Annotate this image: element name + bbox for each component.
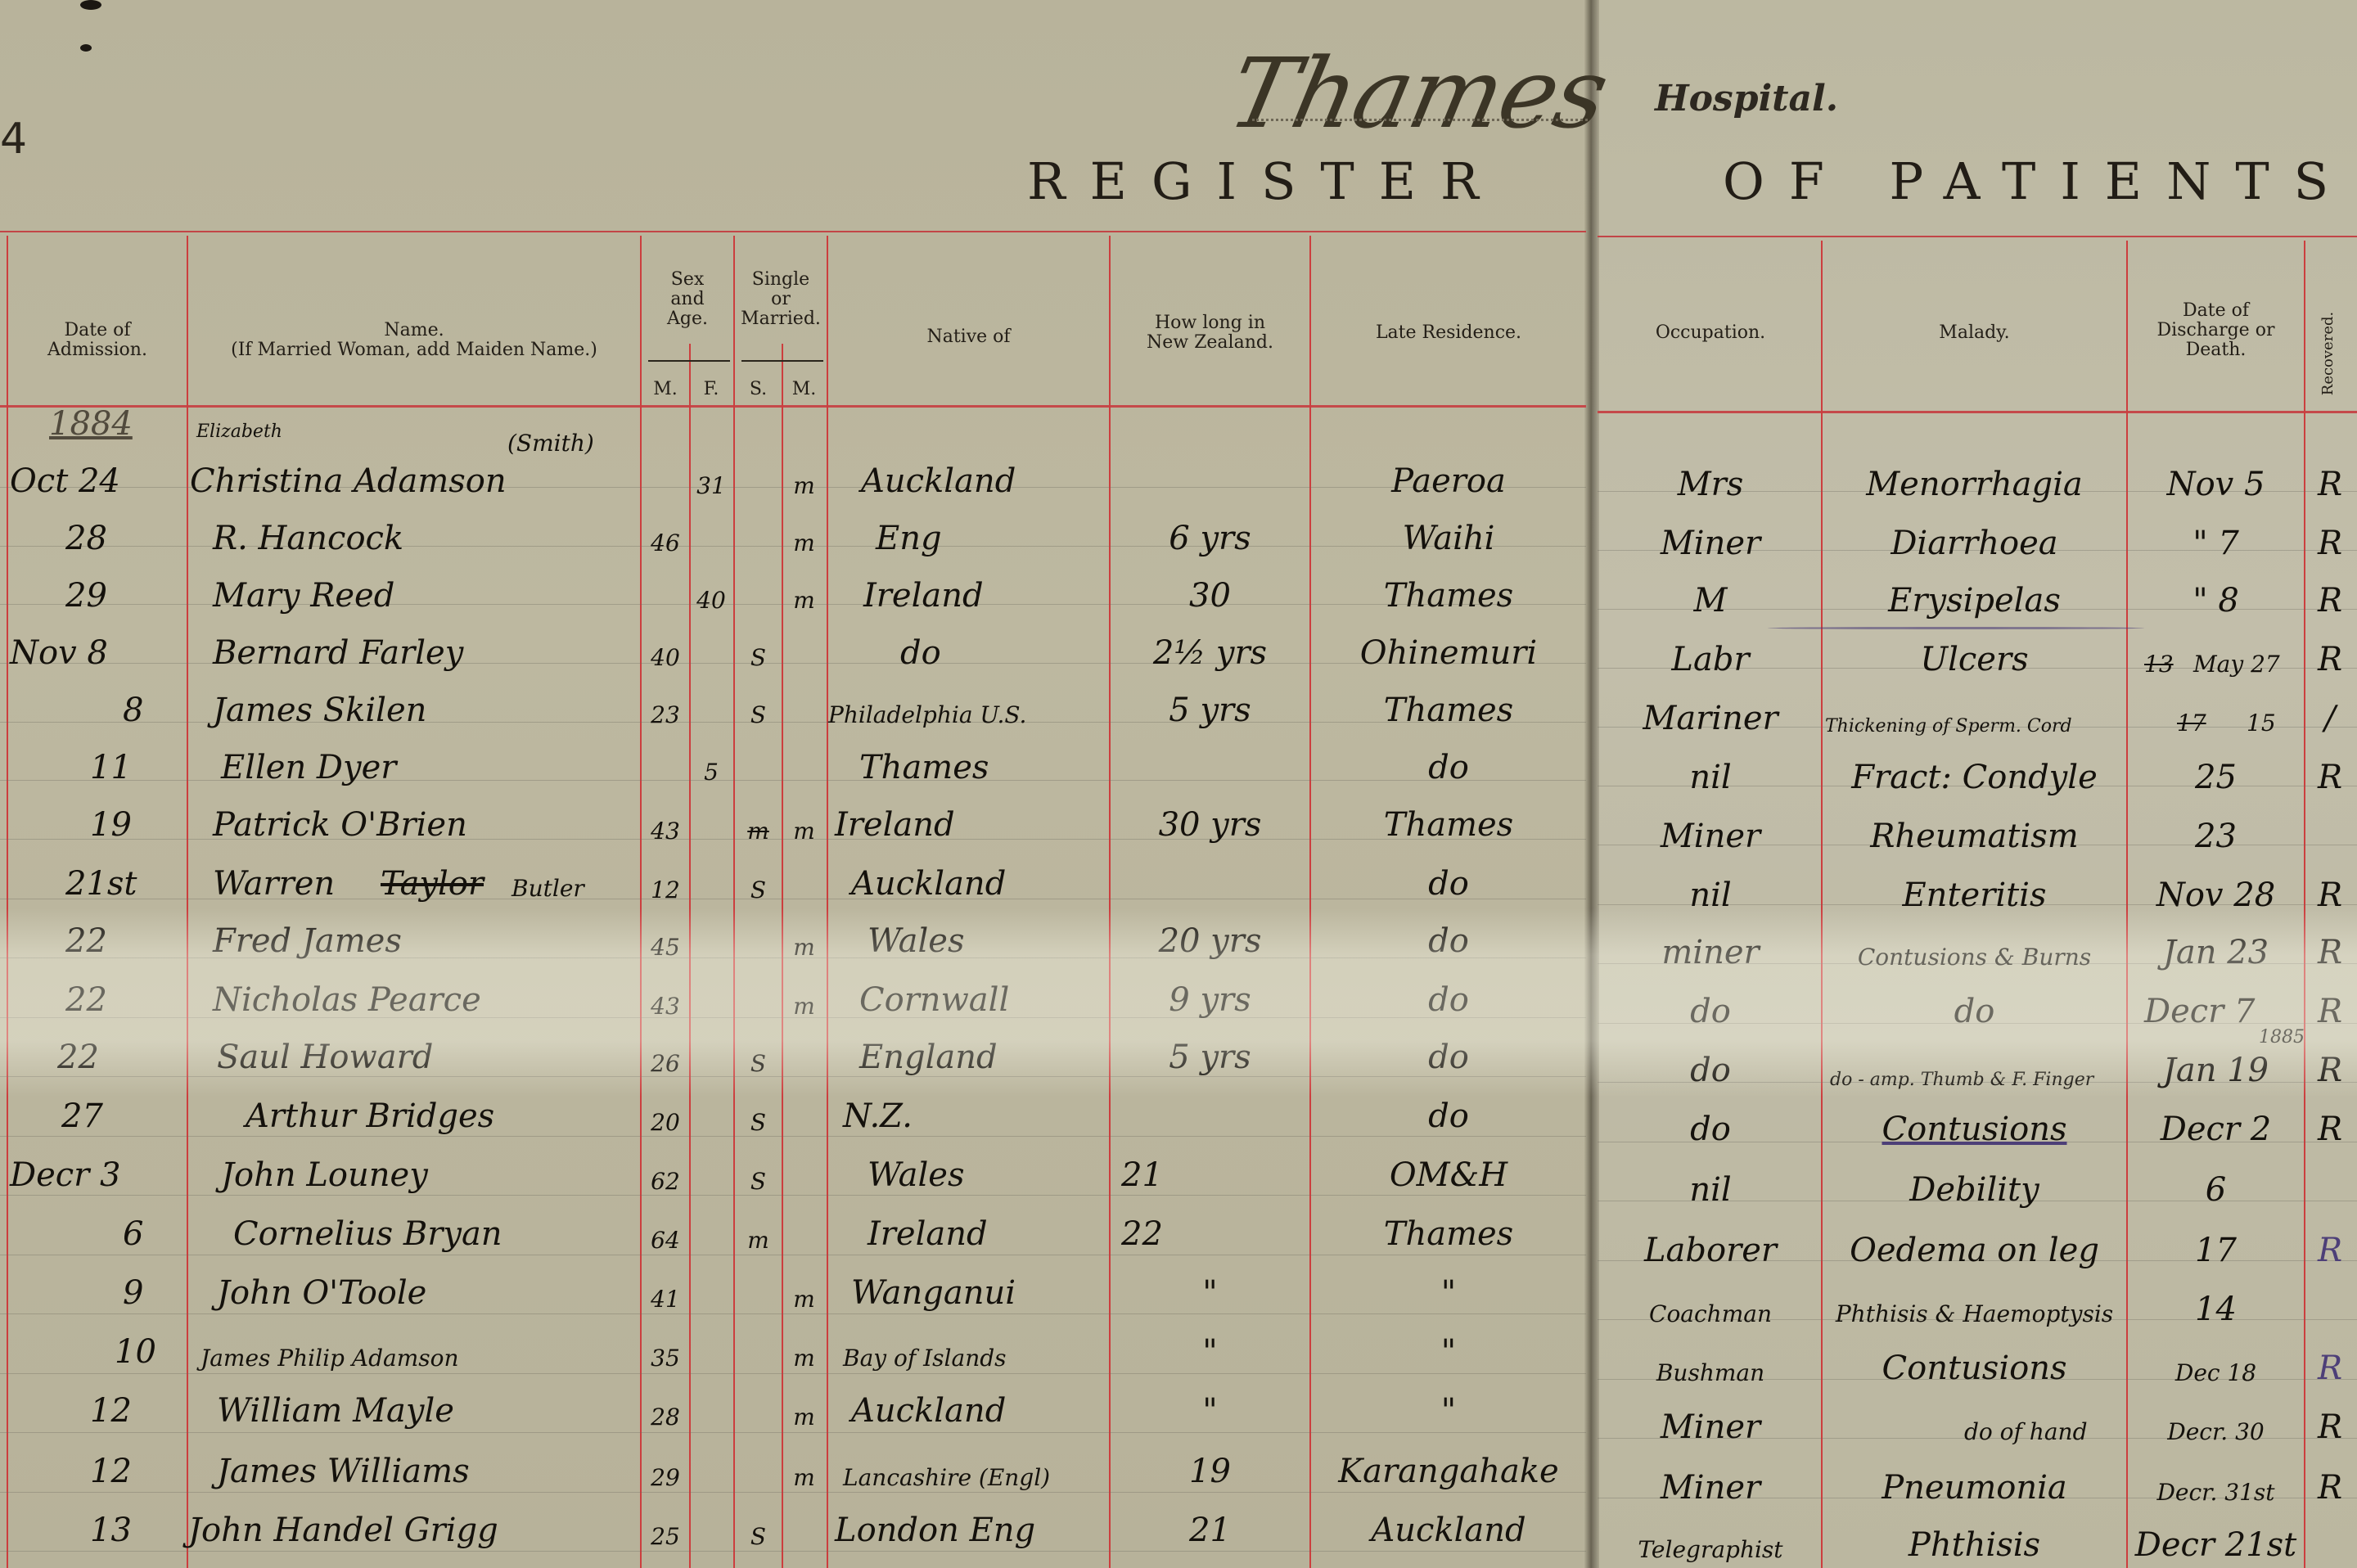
occupation: Miner [1600, 1470, 1821, 1506]
age-male: 41 [642, 1282, 689, 1318]
patient-name: Cornelius Bryan [233, 1216, 502, 1252]
late-residence: Thames [1311, 578, 1586, 614]
status-married: m [782, 1282, 827, 1318]
malady: Thickening of Sperm. Cord [1825, 709, 2072, 745]
native-of: do [900, 635, 941, 671]
recovered-mark: R [2305, 1409, 2355, 1445]
how-long-nz: 6 yrs [1111, 520, 1309, 556]
age-male: 43 [642, 989, 689, 1025]
discharge-date: 15 [2247, 705, 2276, 741]
malady: do [1823, 994, 2126, 1030]
header-sex-and-age: Sex and Age. [642, 270, 733, 329]
malady: Phthisis & Haemoptysis [1823, 1296, 2126, 1332]
header-how-long-in-nz: How long in New Zealand. [1111, 313, 1309, 353]
native-of: Wales [868, 1157, 964, 1193]
native-of: London Eng [835, 1512, 1035, 1548]
malady: Enteritis [1823, 877, 2126, 913]
sex-subheader-rule [648, 360, 730, 362]
header-sex-m: M. [642, 380, 689, 399]
native-of: England [859, 1039, 998, 1075]
ledger-line [0, 1076, 1586, 1077]
how-long-nz: 9 yrs [1111, 982, 1309, 1018]
native-of: Ireland [863, 578, 984, 614]
late-residence: Ohinemuri [1311, 635, 1586, 671]
occupation: do [1600, 1111, 1821, 1147]
header-name: Name. (If Married Woman, add Maiden Name… [188, 321, 640, 360]
native-of: Philadelphia U.S. [828, 697, 1026, 733]
patient-name: Saul Howard [217, 1039, 433, 1075]
discharge-date: Jan 19 [2128, 1052, 2304, 1088]
header-status-m: M. [782, 380, 827, 399]
recovered-mark: / [2305, 701, 2355, 737]
native-of: Ireland [868, 1216, 988, 1252]
discharge-date: Dec 18 [2128, 1355, 2304, 1391]
late-residence: OM&H [1311, 1157, 1586, 1193]
name-note: Elizabeth [196, 414, 282, 450]
status-single-struck: m [735, 813, 782, 849]
discharge-date: Nov 5 [2128, 466, 2304, 502]
age-male: 12 [642, 872, 689, 908]
late-residence: Paeroa [1311, 463, 1586, 499]
admission-date: 11 [90, 750, 132, 786]
recovered-mark: R [2305, 466, 2355, 502]
patient-name: Bernard Farley [213, 635, 463, 671]
discharge-date: Decr 21st [2128, 1527, 2304, 1563]
header-status-s: S. [735, 380, 782, 399]
how-long-nz: 5 yrs [1111, 692, 1309, 728]
malady: Phthisis [1823, 1527, 2126, 1563]
how-long-nz: 2½ yrs [1111, 635, 1309, 671]
header-rule-left [0, 405, 1586, 408]
how-long-nz: 22 [1121, 1216, 1163, 1252]
status-single: m [735, 1223, 782, 1259]
header-rule-right [1598, 411, 2357, 413]
discharge-date: Nov 28 [2128, 877, 2304, 913]
how-long-nz: 19 [1111, 1453, 1309, 1489]
recovered-mark: R [2305, 1052, 2355, 1088]
hospital-name-handwritten: Thames [1219, 37, 1616, 150]
occupation: Laborer [1600, 1232, 1821, 1268]
occupation: Miner [1600, 818, 1821, 854]
admission-date: 21st [65, 866, 137, 902]
admission-date: 12 [90, 1393, 132, 1429]
age-male: 28 [642, 1399, 689, 1435]
patient-name: Christina Adamson [190, 463, 507, 499]
late-residence: Thames [1311, 807, 1586, 843]
status-subheader-rule [741, 360, 823, 362]
how-long-nz: 30 yrs [1111, 807, 1309, 843]
age-male: 23 [642, 697, 689, 733]
header-date-of-discharge: Date of Discharge or Death. [2128, 301, 2304, 360]
status-single: S [735, 1046, 782, 1082]
admission-date: Decr 3 [10, 1157, 120, 1193]
admission-date: 22 [65, 982, 107, 1018]
status-married: m [782, 1340, 827, 1377]
late-residence: do [1311, 750, 1586, 786]
late-residence: do [1311, 866, 1586, 902]
how-long-nz: 20 yrs [1111, 923, 1309, 959]
admission-date: 22 [65, 923, 107, 959]
header-date-of-admission: Date of Admission. [8, 321, 187, 360]
recovered-mark: R [2305, 583, 2355, 619]
recovered-mark: R [2305, 935, 2355, 971]
patient-name: James Skilen [213, 692, 426, 728]
native-of: N.Z. [843, 1098, 913, 1134]
recovered-mark: R [2305, 877, 2355, 913]
recovered-mark: R [2305, 1470, 2355, 1506]
occupation: miner [1600, 935, 1821, 971]
ledger-line [0, 1551, 1586, 1552]
patient-name: Arthur Bridges [246, 1098, 494, 1134]
how-long-nz: " [1111, 1275, 1309, 1311]
age-male: 20 [642, 1105, 689, 1141]
admission-date: 10 [115, 1334, 156, 1370]
admission-date: 28 [65, 520, 107, 556]
native-of: Auckland [861, 463, 1016, 499]
late-residence: Thames [1311, 1216, 1586, 1252]
discharge-date: Decr 2 [2128, 1111, 2304, 1147]
header-native-of: Native of [828, 327, 1109, 347]
native-of: Wanganui [851, 1275, 1016, 1311]
occupation: Labr [1600, 642, 1821, 678]
discharge-date: " 8 [2128, 583, 2304, 619]
admission-date: Oct 24 [10, 463, 120, 499]
discharge-date: Decr. 31st [2128, 1475, 2304, 1511]
late-residence: Karangahake [1311, 1453, 1586, 1489]
ledger-line [0, 1195, 1586, 1196]
recovered-mark: R [2305, 994, 2355, 1030]
age-male: 40 [642, 640, 689, 676]
how-long-nz: 5 yrs [1111, 1039, 1309, 1075]
age-male: 62 [642, 1164, 689, 1200]
age-male: 29 [642, 1460, 689, 1496]
malady: Fract: Condyle [1823, 759, 2126, 795]
age-male: 26 [642, 1046, 689, 1082]
how-long-nz: 30 [1111, 578, 1309, 614]
patient-name: Patrick O'Brien [213, 807, 467, 843]
admission-date: 13 [90, 1512, 132, 1548]
name-struck: Taylor [381, 866, 484, 902]
native-of: Lancashire (Engl) [843, 1460, 1050, 1496]
patient-name: James Philip Adamson [201, 1340, 459, 1377]
admission-date: Nov 8 [10, 635, 108, 671]
age-male: 35 [642, 1340, 689, 1377]
malady: Ulcers [1823, 642, 2126, 678]
malady: Menorrhagia [1823, 466, 2126, 502]
age-female: 40 [689, 583, 733, 619]
late-residence: " [1311, 1393, 1586, 1429]
occupation: Miner [1600, 1409, 1821, 1445]
malady: Rheumatism [1823, 818, 2126, 854]
late-residence: " [1311, 1334, 1586, 1370]
top-rule-right [1598, 236, 2357, 237]
header-recovered: Recovered. [2319, 309, 2338, 399]
ledger-line [0, 1255, 1586, 1255]
age-male: 46 [642, 525, 689, 561]
native-of: Auckland [851, 866, 1006, 902]
discharge-note: 1885 [2259, 1020, 2305, 1056]
occupation: Bushman [1600, 1355, 1821, 1391]
header-late-residence: Late Residence. [1311, 323, 1586, 343]
status-married: m [782, 1399, 827, 1435]
status-married: m [782, 468, 827, 504]
malady: Diarrhoea [1823, 525, 2126, 561]
late-residence: Thames [1311, 692, 1586, 728]
admission-date: 12 [90, 1453, 132, 1489]
recovered-mark: R [2305, 759, 2355, 795]
status-married: m [782, 1460, 827, 1496]
age-male: 25 [642, 1519, 689, 1555]
discharge-date: May 27 [2193, 647, 2280, 683]
native-of: Eng [876, 520, 942, 556]
age-male: 64 [642, 1223, 689, 1259]
age-female: 31 [689, 468, 733, 504]
admission-date: 6 [123, 1216, 143, 1252]
patient-name: John Louney [221, 1157, 428, 1193]
late-residence: do [1311, 923, 1586, 959]
late-residence: do [1311, 1098, 1586, 1134]
title-dotted-line [1252, 119, 1588, 121]
status-married: m [782, 930, 827, 966]
malady: Oedema on leg [1823, 1232, 2126, 1268]
late-residence: do [1311, 982, 1586, 1018]
ink-blot [80, 0, 101, 10]
maiden-name: (Smith) [507, 426, 594, 462]
occupation: nil [1600, 1172, 1821, 1208]
malady: Contusions & Burns [1823, 939, 2126, 975]
hospital-label: Hospital. [1655, 78, 1838, 119]
admission-date: 27 [61, 1098, 103, 1134]
discharge-struck: 17 [2177, 705, 2206, 741]
how-long-nz: " [1111, 1334, 1309, 1370]
discharge-struck: 13 [2144, 647, 2174, 683]
name-correction: Butler [512, 871, 584, 907]
malady: do - amp. Thumb & F. Finger [1830, 1062, 2093, 1098]
recovered-mark: R [2305, 642, 2355, 678]
native-of: Wales [868, 923, 964, 959]
occupation: Coachman [1600, 1296, 1821, 1332]
malady: Pneumonia [1823, 1470, 2126, 1506]
discharge-date: 17 [2128, 1232, 2304, 1268]
native-of: Ireland [835, 807, 955, 843]
status-married: m [782, 583, 827, 619]
header-occupation: Occupation. [1600, 323, 1821, 343]
ledger-line [0, 1136, 1586, 1137]
recovered-mark: R [2305, 1232, 2355, 1268]
purple-pencil-line [1768, 627, 2144, 629]
discharge-date: 14 [2128, 1291, 2304, 1327]
occupation: do [1600, 994, 1821, 1030]
header-single-or-married: Single or Married. [735, 270, 827, 329]
page-number-mark: 4 [0, 115, 27, 164]
header-malady: Malady. [1823, 323, 2126, 343]
occupation: Telegraphist [1600, 1532, 1821, 1568]
admission-date: 9 [123, 1275, 143, 1311]
patient-name: Ellen Dyer [221, 750, 396, 786]
status-married: m [782, 813, 827, 849]
patient-name: Nicholas Pearce [213, 982, 481, 1018]
discharge-date: Decr 7 [2144, 994, 2255, 1030]
late-residence: " [1311, 1275, 1586, 1311]
native-of: Thames [859, 750, 989, 786]
how-long-nz: 21 [1121, 1157, 1163, 1193]
age-female: 5 [689, 755, 733, 791]
malady: Debility [1823, 1172, 2126, 1208]
recovered-mark: R [2305, 1350, 2355, 1386]
occupation: Mariner [1600, 701, 1821, 737]
occupation: do [1600, 1052, 1821, 1088]
status-married: m [782, 989, 827, 1025]
col-rule [187, 236, 188, 1568]
admission-date: 8 [123, 692, 143, 728]
discharge-date: " 7 [2128, 525, 2304, 561]
late-residence: do [1311, 1039, 1586, 1075]
status-single: S [735, 872, 782, 908]
discharge-date: 25 [2128, 759, 2304, 795]
native-of: Auckland [851, 1393, 1006, 1429]
patient-name: John O'Toole [217, 1275, 426, 1311]
late-residence: Auckland [1311, 1512, 1586, 1548]
occupation: Mrs [1600, 466, 1821, 502]
discharge-date: 23 [2128, 818, 2304, 854]
how-long-nz: " [1111, 1393, 1309, 1429]
patient-name: Mary Reed [213, 578, 394, 614]
top-rule-left [0, 231, 1586, 232]
admission-date: 29 [65, 578, 107, 614]
malady: Erysipelas [1823, 583, 2126, 619]
how-long-nz: 21 [1111, 1512, 1309, 1548]
col-rule [827, 236, 828, 1568]
discharge-date: Decr. 30 [2128, 1414, 2304, 1450]
malady: do of hand [1964, 1414, 2088, 1450]
occupation: M [1600, 583, 1821, 619]
recovered-mark: R [2305, 1111, 2355, 1147]
ink-blot [80, 44, 92, 52]
col-rule [689, 344, 691, 1568]
occupation: Miner [1600, 525, 1821, 561]
age-male: 43 [642, 813, 689, 849]
occupation: nil [1600, 759, 1821, 795]
native-of: Cornwall [859, 982, 1009, 1018]
age-male: 45 [642, 930, 689, 966]
admission-date: 22 [57, 1039, 99, 1075]
discharge-date: Jan 23 [2128, 935, 2304, 971]
malady: Contusions [1823, 1350, 2126, 1386]
patient-name: Warren [213, 866, 335, 902]
patient-name: William Mayle [217, 1393, 454, 1429]
col-rule [7, 236, 8, 1568]
patient-name: R. Hancock [213, 520, 403, 556]
admission-date: 19 [90, 807, 132, 843]
title-of-patients: OF PATIENTS [1723, 151, 2353, 211]
status-single: S [735, 640, 782, 676]
patient-name: Fred James [213, 923, 402, 959]
patient-name: James Williams [217, 1453, 470, 1489]
status-single: S [735, 1105, 782, 1141]
native-of: Bay of Islands [843, 1340, 1007, 1377]
recovered-mark: R [2305, 525, 2355, 561]
header-sex-f: F. [689, 380, 733, 399]
status-married: m [782, 525, 827, 561]
status-single: S [735, 1164, 782, 1200]
title-register: REGISTER [1027, 151, 1503, 211]
status-single: S [735, 697, 782, 733]
year-1884: 1884 [49, 406, 133, 442]
malady: Contusions [1823, 1111, 2126, 1147]
status-single: S [735, 1519, 782, 1555]
patient-name: John Handel Grigg [188, 1512, 498, 1548]
discharge-date: 6 [2128, 1172, 2304, 1208]
occupation: nil [1600, 877, 1821, 913]
late-residence: Waihi [1311, 520, 1586, 556]
